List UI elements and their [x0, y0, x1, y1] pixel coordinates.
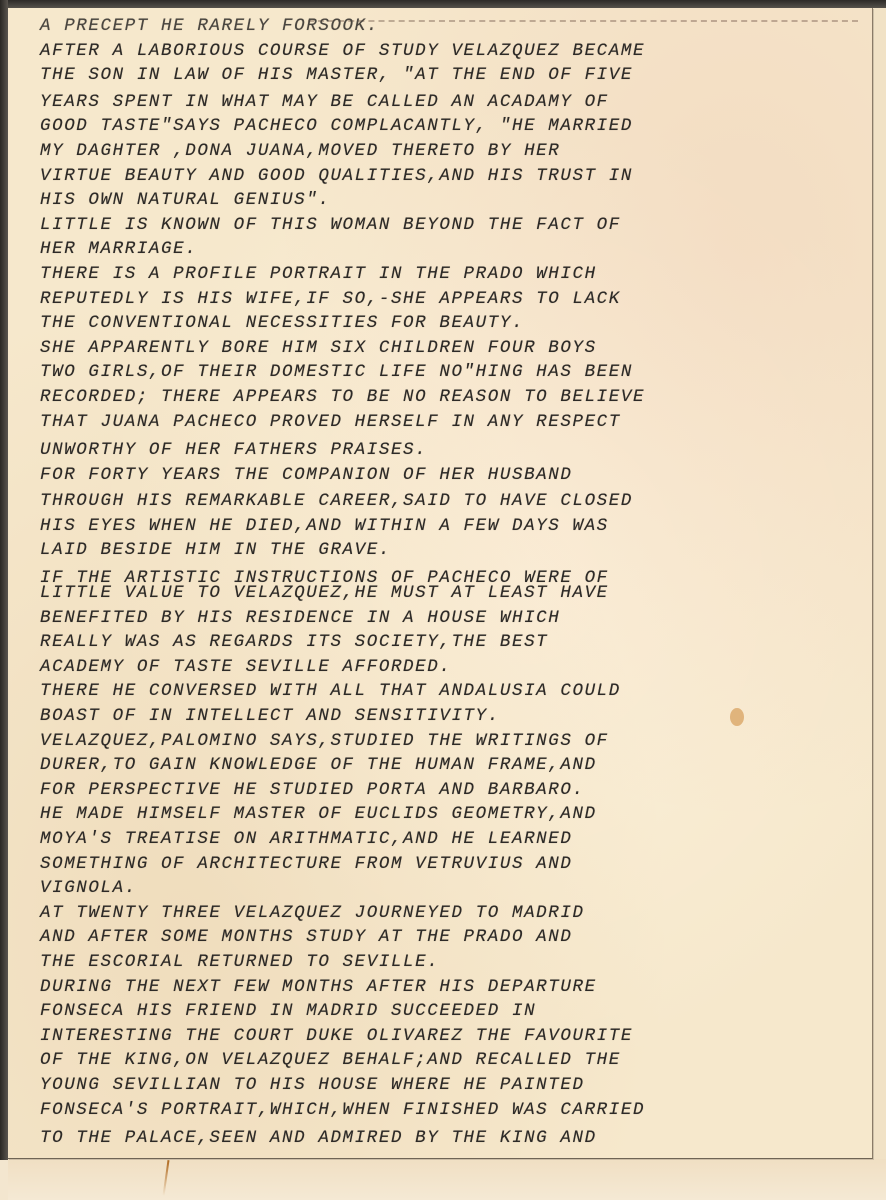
text-line: OF THE KING,ON VELAZQUEZ BEHALF;AND RECA…	[40, 1048, 860, 1073]
scanner-frame-top	[0, 0, 886, 8]
text-line: VIRTUE BEAUTY AND GOOD QUALITIES,AND HIS…	[40, 164, 860, 189]
right-paper-edge	[873, 8, 886, 1200]
text-line: FONSECA HIS FRIEND IN MADRID SUCCEEDED I…	[40, 999, 860, 1024]
text-line: VIGNOLA.	[40, 876, 860, 901]
text-line: DURER,TO GAIN KNOWLEDGE OF THE HUMAN FRA…	[40, 753, 860, 778]
text-line: LITTLE VALUE TO VELAZQUEZ,HE MUST AT LEA…	[40, 581, 860, 606]
bottom-paper-edge	[8, 1159, 886, 1200]
text-line: VELAZQUEZ,PALOMINO SAYS,STUDIED THE WRIT…	[40, 729, 860, 754]
text-line: THAT JUANA PACHECO PROVED HERSELF IN ANY…	[40, 410, 860, 435]
text-line: LITTLE IS KNOWN OF THIS WOMAN BEYOND THE…	[40, 213, 860, 238]
text-line: SHE APPARENTLY BORE HIM SIX CHILDREN FOU…	[40, 336, 860, 361]
text-line: AFTER A LABORIOUS COURSE OF STUDY VELAZQ…	[40, 39, 860, 64]
text-line: MY DAGHTER ,DONA JUANA,MOVED THERETO BY …	[40, 139, 860, 164]
text-line: GOOD TASTE"SAYS PACHECO COMPLACANTLY, "H…	[40, 114, 860, 139]
text-line: BOAST OF IN INTELLECT AND SENSITIVITY.	[40, 704, 860, 729]
text-line: THROUGH HIS REMARKABLE CAREER,SAID TO HA…	[40, 489, 860, 514]
text-line: AND AFTER SOME MONTHS STUDY AT THE PRADO…	[40, 925, 860, 950]
text-line: LAID BESIDE HIM IN THE GRAVE.	[40, 538, 860, 563]
text-line: INTERESTING THE COURT DUKE OLIVAREZ THE …	[40, 1024, 860, 1049]
text-line: THE CONVENTIONAL NECESSITIES FOR BEAUTY.	[40, 311, 860, 336]
text-line: REALLY WAS AS REGARDS ITS SOCIETY,THE BE…	[40, 630, 860, 655]
text-line: BENEFITED BY HIS RESIDENCE IN A HOUSE WH…	[40, 606, 860, 631]
text-line: SOMETHING OF ARCHITECTURE FROM VETRUVIUS…	[40, 852, 860, 877]
text-line: UNWORTHY OF HER FATHERS PRAISES.	[40, 438, 860, 463]
text-line: RECORDED; THERE APPEARS TO BE NO REASON …	[40, 385, 860, 410]
text-line: THE ESCORIAL RETURNED TO SEVILLE.	[40, 950, 860, 975]
text-line: ACADEMY OF TASTE SEVILLE AFFORDED.	[40, 655, 860, 680]
text-line: FOR FORTY YEARS THE COMPANION OF HER HUS…	[40, 463, 860, 488]
text-line: YEARS SPENT IN WHAT MAY BE CALLED AN ACA…	[40, 90, 860, 115]
text-line: HER MARRIAGE.	[40, 237, 860, 262]
text-line: HE MADE HIMSELF MASTER OF EUCLIDS GEOMET…	[40, 802, 860, 827]
text-line: TWO GIRLS,OF THEIR DOMESTIC LIFE NO"HING…	[40, 360, 860, 385]
text-line: A PRECEPT HE RARELY FORSOOK.	[40, 14, 860, 39]
text-line: FOR PERSPECTIVE HE STUDIED PORTA AND BAR…	[40, 778, 860, 803]
text-line: MOYA'S TREATISE ON ARITHMATIC,AND HE LEA…	[40, 827, 860, 852]
scanner-frame-left	[0, 0, 8, 1160]
text-line: YOUNG SEVILLIAN TO HIS HOUSE WHERE HE PA…	[40, 1073, 860, 1098]
text-line: THE SON IN LAW OF HIS MASTER, "AT THE EN…	[40, 63, 860, 88]
text-line: DURING THE NEXT FEW MONTHS AFTER HIS DEP…	[40, 975, 860, 1000]
text-line: HIS EYES WHEN HE DIED,AND WITHIN A FEW D…	[40, 514, 860, 539]
text-line: FONSECA'S PORTRAIT,WHICH,WHEN FINISHED W…	[40, 1098, 860, 1123]
text-line: TO THE PALACE,SEEN AND ADMIRED BY THE KI…	[40, 1126, 860, 1151]
document-body: A PRECEPT HE RARELY FORSOOK. AFTER A LAB…	[40, 14, 860, 1151]
text-line: REPUTEDLY IS HIS WIFE,IF SO,-SHE APPEARS…	[40, 287, 860, 312]
text-line: IF THE ARTISTIC INSTRUCTIONS OF PACHECO …	[40, 563, 860, 578]
text-line: THERE IS A PROFILE PORTRAIT IN THE PRADO…	[40, 262, 860, 287]
text-line: THERE HE CONVERSED WITH ALL THAT ANDALUS…	[40, 679, 860, 704]
text-line: AT TWENTY THREE VELAZQUEZ JOURNEYED TO M…	[40, 901, 860, 926]
text-line: HIS OWN NATURAL GENIUS".	[40, 188, 860, 213]
